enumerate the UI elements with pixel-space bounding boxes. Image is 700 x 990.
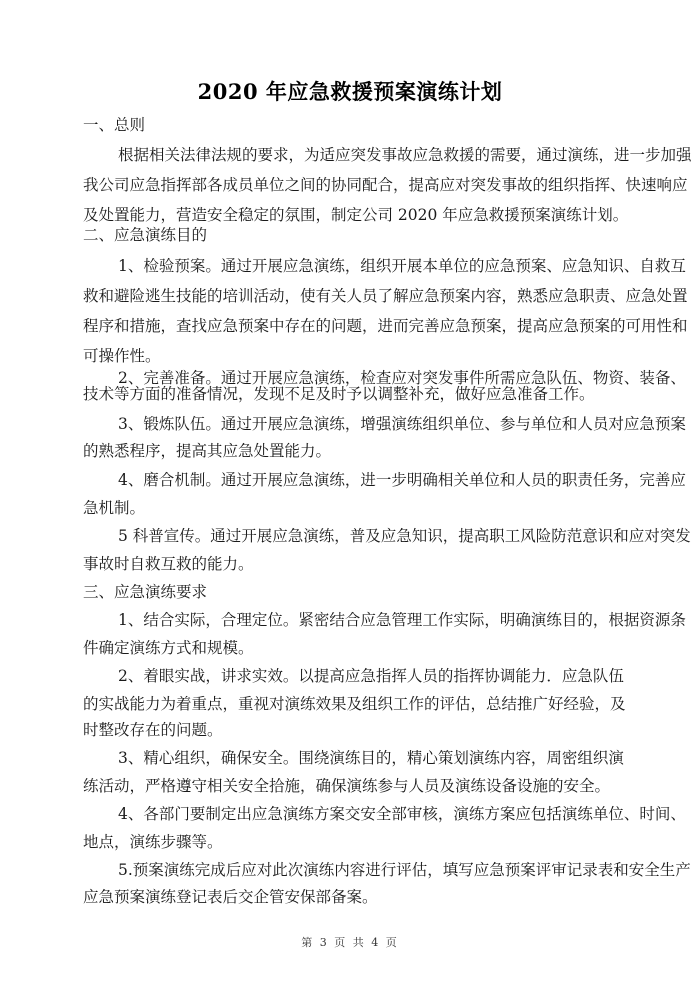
- paragraph-line: 1、结合实际，合理定位。紧密结合应急管理工作实际，明确演练目的，根据资源条: [118, 610, 635, 630]
- section-heading: 一、总则: [83, 115, 635, 135]
- paragraph-line: 时整改存在的问题。: [83, 720, 635, 740]
- document-title: 2020 年应急救援预案演练计划: [0, 78, 700, 106]
- paragraph-line: 根据相关法律法规的要求，为适应突发事故应急救援的需要，通过演练，进一步加强: [118, 145, 635, 165]
- paragraph-line: 3、锻炼队伍。通过开展应急演练，增强演练组织单位、参与单位和人员对应急预案: [118, 414, 635, 434]
- paragraph-line: 4、磨合机制。通过开展应急演练，进一步明确相关单位和人员的职责任务，完善应: [118, 470, 635, 490]
- paragraph-line: 可操作性。: [83, 346, 635, 366]
- paragraph-line: 件确定演练方式和规模。: [83, 638, 635, 658]
- paragraph-line: 练活动，严格遵守相关安全拾施，确保演练参与人员及演练设备设施的安全。: [83, 776, 635, 796]
- paragraph-line: 4、各部门要制定出应急演练方案交安全部审核，演练方案应包括演练单位、时间、: [118, 804, 635, 824]
- page-number-footer: 第 3 页 共 4 页: [0, 934, 700, 950]
- document-page: 2020 年应急救援预案演练计划 一、总则 根据相关法律法规的要求，为适应突发事…: [0, 0, 700, 990]
- paragraph-line: 事故时自救互救的能力。: [83, 554, 635, 574]
- paragraph-line: 1、检验预案。通过开展应急演练，组织开展本单位的应急预案、应急知识、自救互: [118, 256, 635, 276]
- paragraph-line: 5.预案演练完成后应对此次演练内容进行评估，填写应急预案评审记录表和安全生产: [118, 860, 635, 880]
- paragraph-line: 救和避险逃生技能的培训活动，使有关人员了解应急预案内容，熟悉应急职责、应急处置: [83, 286, 635, 306]
- paragraph-line: 的熟悉程序，提高其应急处置能力。: [83, 441, 635, 461]
- paragraph-line: 3、精心组织，确保安全。围绕演练目的，精心策划演练内容，周密组织演: [118, 748, 635, 768]
- paragraph-line: 技术等方面的准备情况，发现不足及时予以调整补充，做好应急准备工作。: [83, 384, 635, 404]
- section-heading: 二、应急演练目的: [83, 225, 635, 245]
- section-heading: 三、应急演练要求: [83, 582, 635, 602]
- paragraph-line: 我公司应急指挥部各成员单位之间的协同配合，提高应对突发事故的组织指挥、快速响应: [83, 175, 635, 195]
- paragraph-line: 程序和措施，查找应急预案中存在的问题，进而完善应急预案，提高应急预案的可用性和: [83, 316, 635, 336]
- paragraph-line: 2、着眼实战，讲求实效。以提高应急指挥人员的指挥协调能力．应急队伍: [118, 666, 635, 686]
- paragraph-line: 及处置能力，营造安全稳定的氛围，制定公司 2020 年应急救援预案演练计划。: [83, 205, 635, 225]
- paragraph-line: 5 科普宣传。通过开展应急演练，普及应急知识，提高职工风险防范意识和应对突发: [118, 526, 635, 546]
- paragraph-line: 的实战能力为着重点，重视对演练效果及组织工作的评估，总结推广好经验，及: [83, 694, 635, 714]
- paragraph-line: 地点，演练步骤等。: [83, 832, 635, 852]
- paragraph-line: 应急预案演练登记表后交企管安保部备案。: [83, 887, 635, 907]
- paragraph-line: 急机制。: [83, 498, 635, 518]
